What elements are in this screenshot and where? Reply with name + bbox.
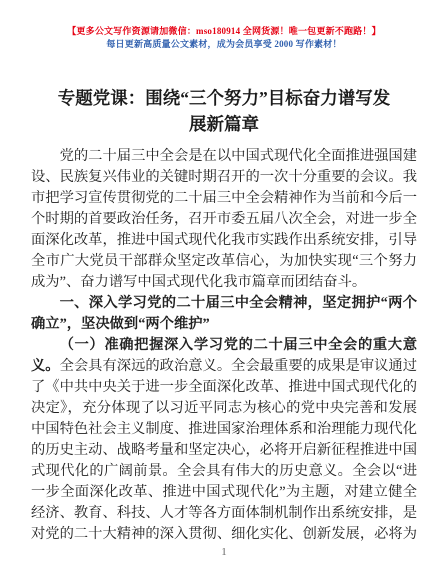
- watermark-header: 【更多公文写作资源请加微信：mso180914 全网货源！唯一包更新不跑路！】 …: [0, 0, 448, 51]
- document-body: 党的二十届三中全会是在以中国式现代化全面推进强国建设、民族复兴伟业的关键时期召开…: [31, 146, 417, 545]
- section-heading-1: 一、深入学习党的二十届三中全会精神，坚定拥护“两个确立”，坚决做到“两个维护”: [31, 293, 417, 335]
- paragraph-subsection-1-text: 全会具有深远的政治意义。全会最重要的成果是审议通过了《中共中央关于进一步全面深化…: [31, 358, 417, 542]
- document-page: 【更多公文写作资源请加微信：mso180914 全网货源！唯一包更新不跑路！】 …: [0, 0, 448, 580]
- section-heading-1-text: 一、深入学习党的二十届三中全会精神，坚定拥护“两个确立”，坚决做到“两个维护”: [31, 295, 417, 332]
- page-title: 专题党课：围绕“三个努力”目标奋力谱写发展新篇章: [51, 85, 397, 137]
- page-number: 1: [0, 546, 448, 558]
- paragraph-subsection-1: （一）准确把握深入学习党的二十届三中全会的重大意义。全会具有深远的政治意义。全会…: [31, 335, 417, 545]
- paragraph-intro-text: 党的二十届三中全会是在以中国式现代化全面推进强国建设、民族复兴伟业的关键时期召开…: [31, 148, 417, 290]
- paragraph-intro: 党的二十届三中全会是在以中国式现代化全面推进强国建设、民族复兴伟业的关键时期召开…: [31, 146, 417, 293]
- watermark-line-red: 【更多公文写作资源请加微信：mso180914 全网货源！唯一包更新不跑路！】: [0, 25, 448, 38]
- watermark-line-blue: 每日更新高质量公文素材，成为会员享受 2000 写作素材！: [0, 38, 448, 51]
